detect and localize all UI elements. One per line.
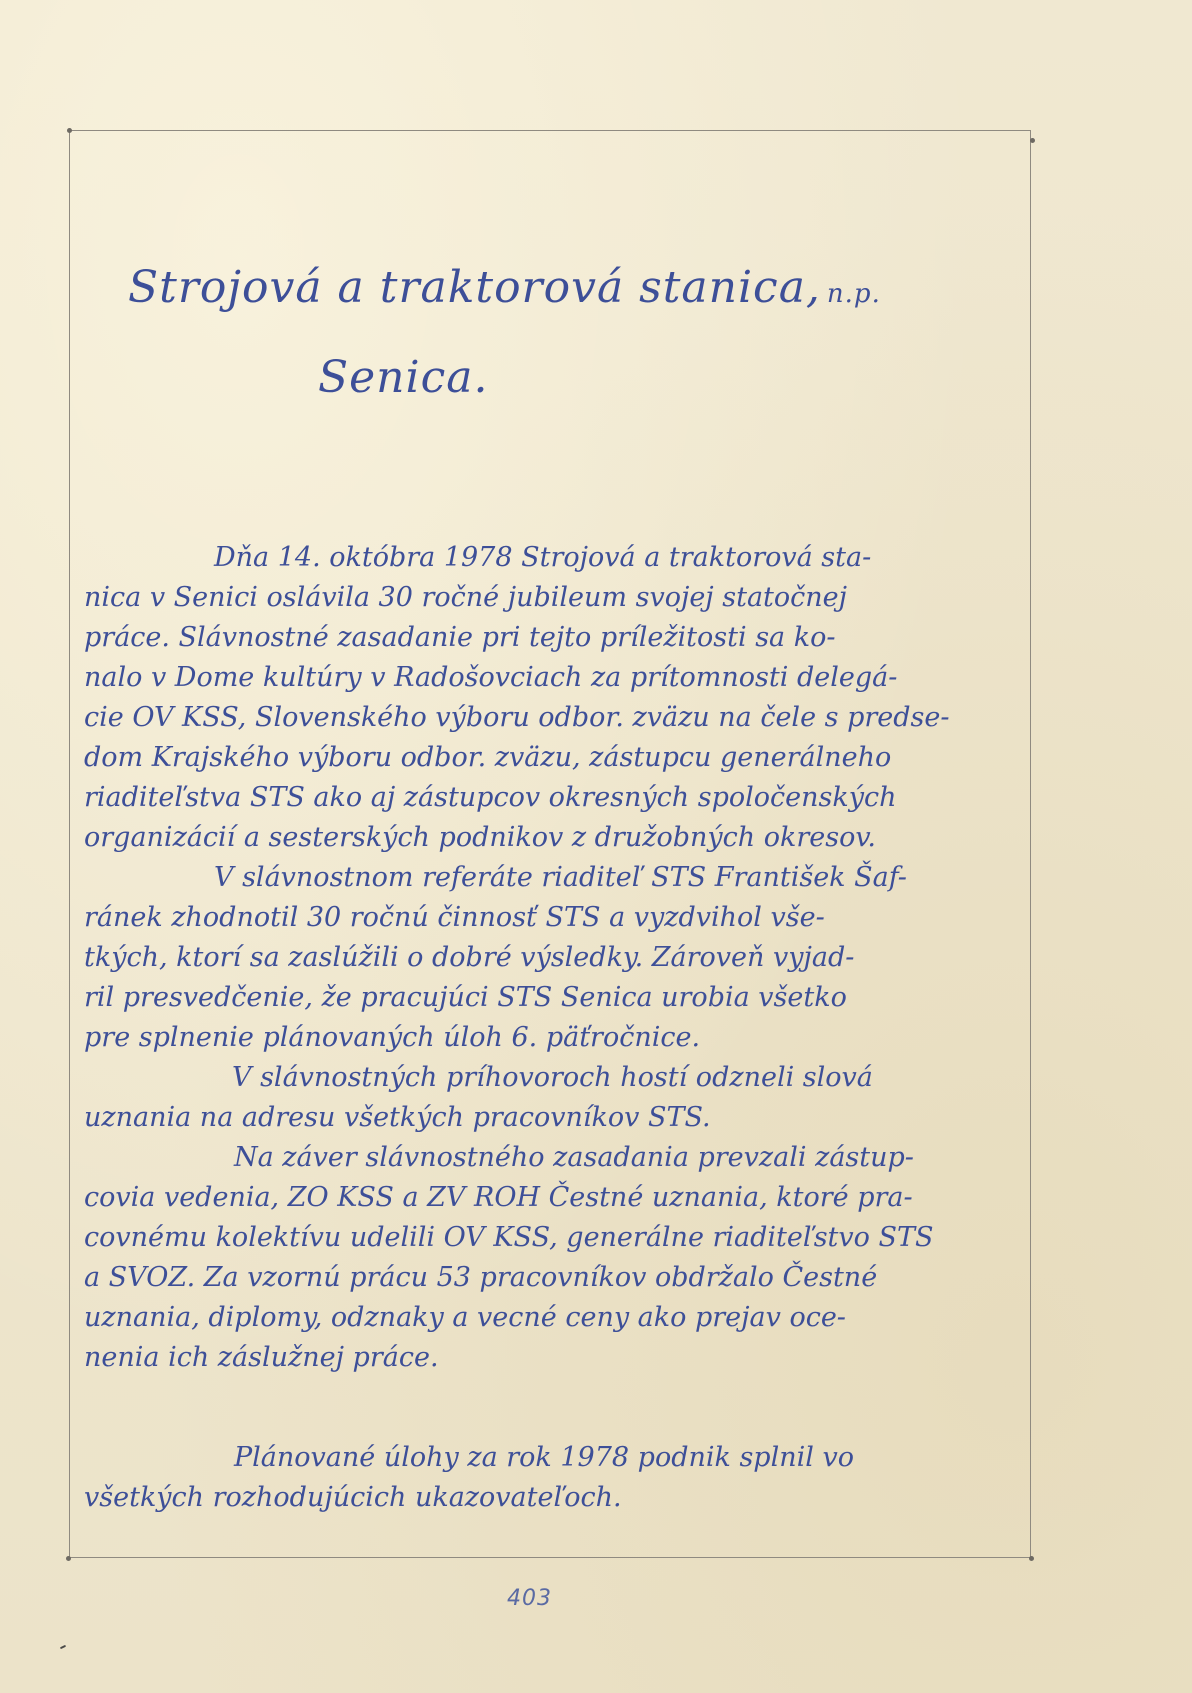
text-line: pre splnenie plánovaných úloh 6. päťročn… [84,1018,1012,1058]
paragraph-gap [84,1378,1012,1438]
text-line: covia vedenia, ZO KSS a ZV ROH Čestné uz… [84,1178,1012,1218]
page-number: 403 [507,1586,552,1611]
text-line: Na záver slávnostného zasadania prevzali… [84,1138,1012,1178]
title-line-2: Senica. [318,352,488,403]
page-title: Strojová a traktorová stanica,n.p. [128,262,881,313]
text-line: Plánované úlohy za rok 1978 podnik splni… [84,1438,1012,1478]
text-line: tkých, ktorí sa zaslúžili o dobré výsled… [84,938,1012,978]
text-line: organizácií a sesterských podnikov z dru… [84,818,1012,858]
text-line: nalo v Dome kultúry v Radošovciach za pr… [84,658,1012,698]
frame-corner-mark [67,128,72,133]
text-line: V slávnostnom referáte riaditeľ STS Fran… [84,858,1012,898]
text-line: a SVOZ. Za vzornú prácu 53 pracovníkov o… [84,1258,1012,1298]
text-line: uznania, diplomy, odznaky a vecné ceny a… [84,1298,1012,1338]
text-line: riaditeľstva STS ako aj zástupcov okresn… [84,778,1012,818]
text-line: ril presvedčenie, že pracujúci STS Senic… [84,978,1012,1018]
frame-corner-mark [1030,138,1035,143]
paper-speck [60,1645,66,1649]
text-line: nica v Senici oslávila 30 ročné jubileum… [84,578,1012,618]
text-line: covnému kolektívu udelili OV KSS, generá… [84,1218,1012,1258]
text-line: ránek zhodnotil 30 ročnú činnosť STS a v… [84,898,1012,938]
title-suffix: n.p. [827,279,881,309]
text-line: nenia ich záslužnej práce. [84,1338,1012,1378]
text-line: uznania na adresu všetkých pracovníkov S… [84,1098,1012,1138]
text-line: V slávnostných príhovoroch hostí odzneli… [84,1058,1012,1098]
text-line: dom Krajského výboru odbor. zväzu, zástu… [84,738,1012,778]
chronicle-body: Dňa 14. októbra 1978 Strojová a traktoro… [84,538,1012,1518]
text-line: práce. Slávnostné zasadanie pri tejto pr… [84,618,1012,658]
frame-corner-mark [1029,1556,1034,1561]
frame-corner-mark [66,1556,71,1561]
title-line-1: Strojová a traktorová stanica, [128,262,821,313]
text-line: všetkých rozhodujúcich ukazovateľoch. [84,1478,1012,1518]
text-line: cie OV KSS, Slovenského výboru odbor. zv… [84,698,1012,738]
text-line: Dňa 14. októbra 1978 Strojová a traktoro… [84,538,1012,578]
